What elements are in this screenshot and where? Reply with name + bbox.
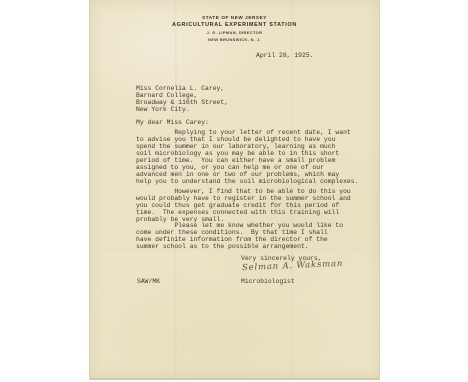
signer-title: Microbiologist — [241, 278, 295, 285]
letterhead-location: NEW BRUNSWICK, N. J. — [90, 37, 379, 42]
letter-paper: STATE OF NEW JERSEY AGRICULTURAL EXPERIM… — [89, 0, 380, 380]
salutation: My dear Miss Carey: — [136, 119, 209, 126]
body-paragraph-2: However, I find that to be able to do th… — [136, 188, 368, 223]
letterhead-director: J. G. LIPMAN, DIRECTOR — [90, 30, 379, 35]
letter-date: April 28, 1925. — [256, 52, 314, 59]
letterhead-organization: AGRICULTURAL EXPERIMENT STATION — [90, 22, 379, 28]
body-paragraph-3: Please let me know whether you would lik… — [136, 222, 368, 250]
scanned-letter-page: STATE OF NEW JERSEY AGRICULTURAL EXPERIM… — [0, 0, 468, 382]
reference-initials: SAW/MK — [137, 278, 160, 285]
letterhead: STATE OF NEW JERSEY AGRICULTURAL EXPERIM… — [90, 15, 379, 43]
letterhead-state: STATE OF NEW JERSEY — [90, 15, 379, 20]
body-paragraph-1: Replying to your letter of recent date, … — [136, 129, 368, 185]
recipient-address: Miss Cornelia L. Carey, Barnard College,… — [136, 85, 228, 113]
